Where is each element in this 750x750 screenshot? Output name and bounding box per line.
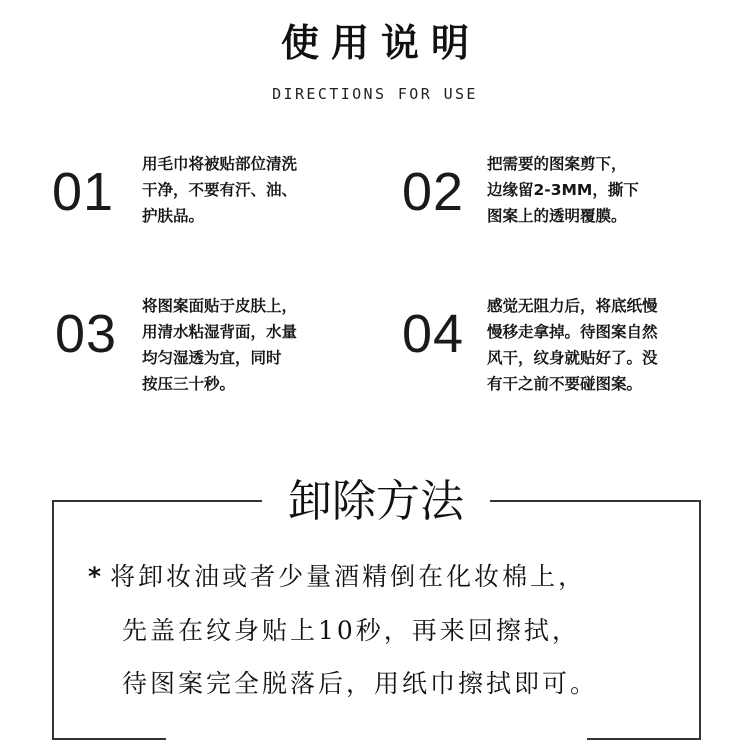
step-number: 03: [55, 304, 117, 364]
box-bottom-right-line: [587, 738, 701, 740]
removal-title: 卸除方法: [262, 474, 490, 530]
box-left-line: [52, 500, 54, 740]
step-instruction: 将图案面贴于皮肤上， 用清水粘湿背面，水量 均匀湿透为宜，同时 按压三十秒。: [142, 293, 297, 397]
page-title: 使用说明: [0, 18, 750, 68]
removal-text: 将卸妆油或者少量酒精倒在化妆棉上，: [110, 562, 586, 591]
removal-line-1: *将卸妆油或者少量酒精倒在化妆棉上，: [88, 560, 586, 594]
step-number: 01: [52, 162, 114, 222]
box-right-line: [699, 500, 701, 740]
asterisk-icon: *: [88, 562, 104, 591]
box-top-left-line: [52, 500, 262, 502]
step-instruction: 感觉无阻力后，将底纸慢 慢移走拿掉。待图案自然 风干，纹身就贴好了。没 有干之前…: [487, 293, 658, 397]
box-bottom-left-line: [52, 738, 166, 740]
step-instruction: 把需要的图案剪下， 边缘留2-3MM，撕下 图案上的透明覆膜。: [487, 151, 639, 229]
step-number: 02: [402, 162, 464, 222]
step-instruction: 用毛巾将被贴部位清洗 干净，不要有汗、油、 护肤品。: [142, 151, 297, 229]
step-number: 04: [402, 304, 464, 364]
removal-line-3: 待图案完全脱落后，用纸巾擦拭即可。: [122, 667, 598, 701]
removal-line-2: 先盖在纹身贴上10秒，再来回擦拭，: [122, 614, 580, 648]
page-subtitle: DIRECTIONS FOR USE: [0, 84, 750, 104]
box-top-right-line: [490, 500, 701, 502]
